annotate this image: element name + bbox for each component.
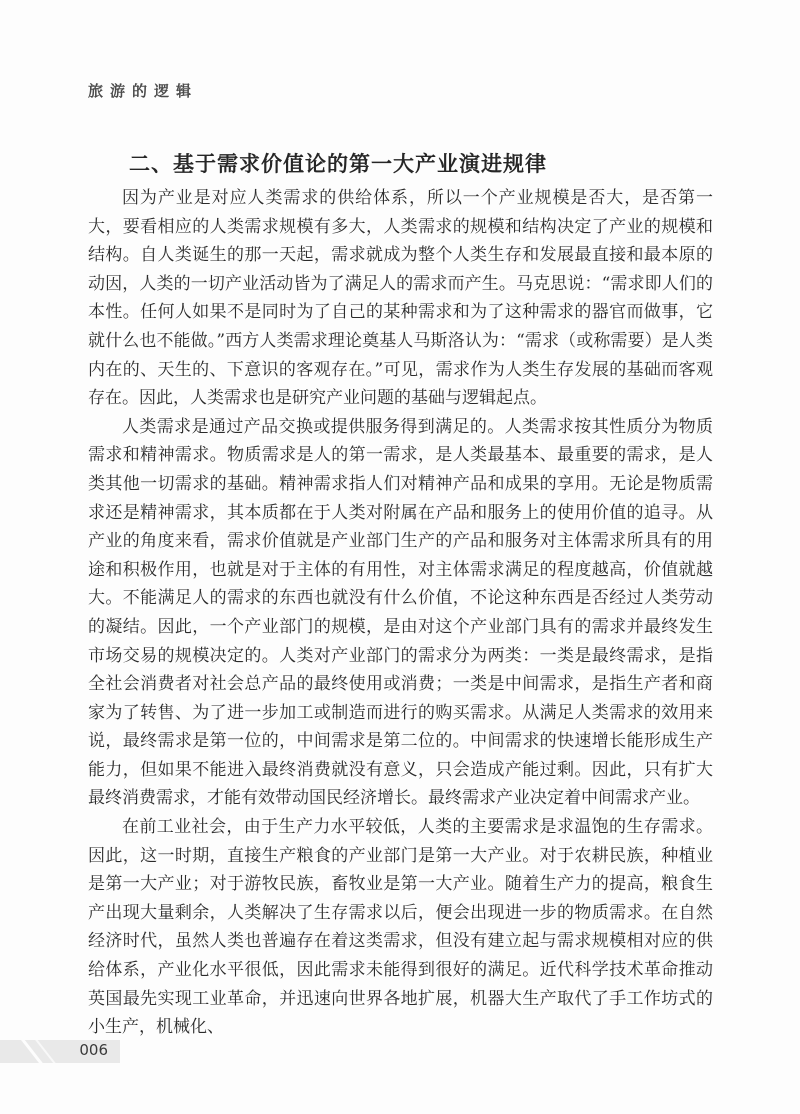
paragraph-2: 人类需求是通过产品交换或提供服务得到满足的。人类需求按其性质分为物质需求和精神需… [88, 413, 713, 813]
paragraph-1: 因为产业是对应人类需求的供给体系，所以一个产业规模是否大，是否第一大，要看相应的… [88, 184, 713, 413]
footer-band: 006 [0, 1040, 120, 1063]
running-head-book-title: 旅游的逻辑 [88, 80, 198, 101]
paragraph-3: 在前工业社会，由于生产力水平较低，人类的主要需求是求温饱的生存需求。因此，这一时… [88, 813, 713, 1042]
page-number: 006 [79, 1041, 108, 1059]
footer-decor-slash [16, 1040, 47, 1063]
book-page: 旅游的逻辑 二、基于需求价值论的第一大产业演进规律 因为产业是对应人类需求的供给… [0, 0, 800, 1114]
body-text: 因为产业是对应人类需求的供给体系，所以一个产业规模是否大，是否第一大，要看相应的… [88, 184, 713, 1042]
section-heading: 二、基于需求价值论的第一大产业演进规律 [129, 148, 547, 178]
